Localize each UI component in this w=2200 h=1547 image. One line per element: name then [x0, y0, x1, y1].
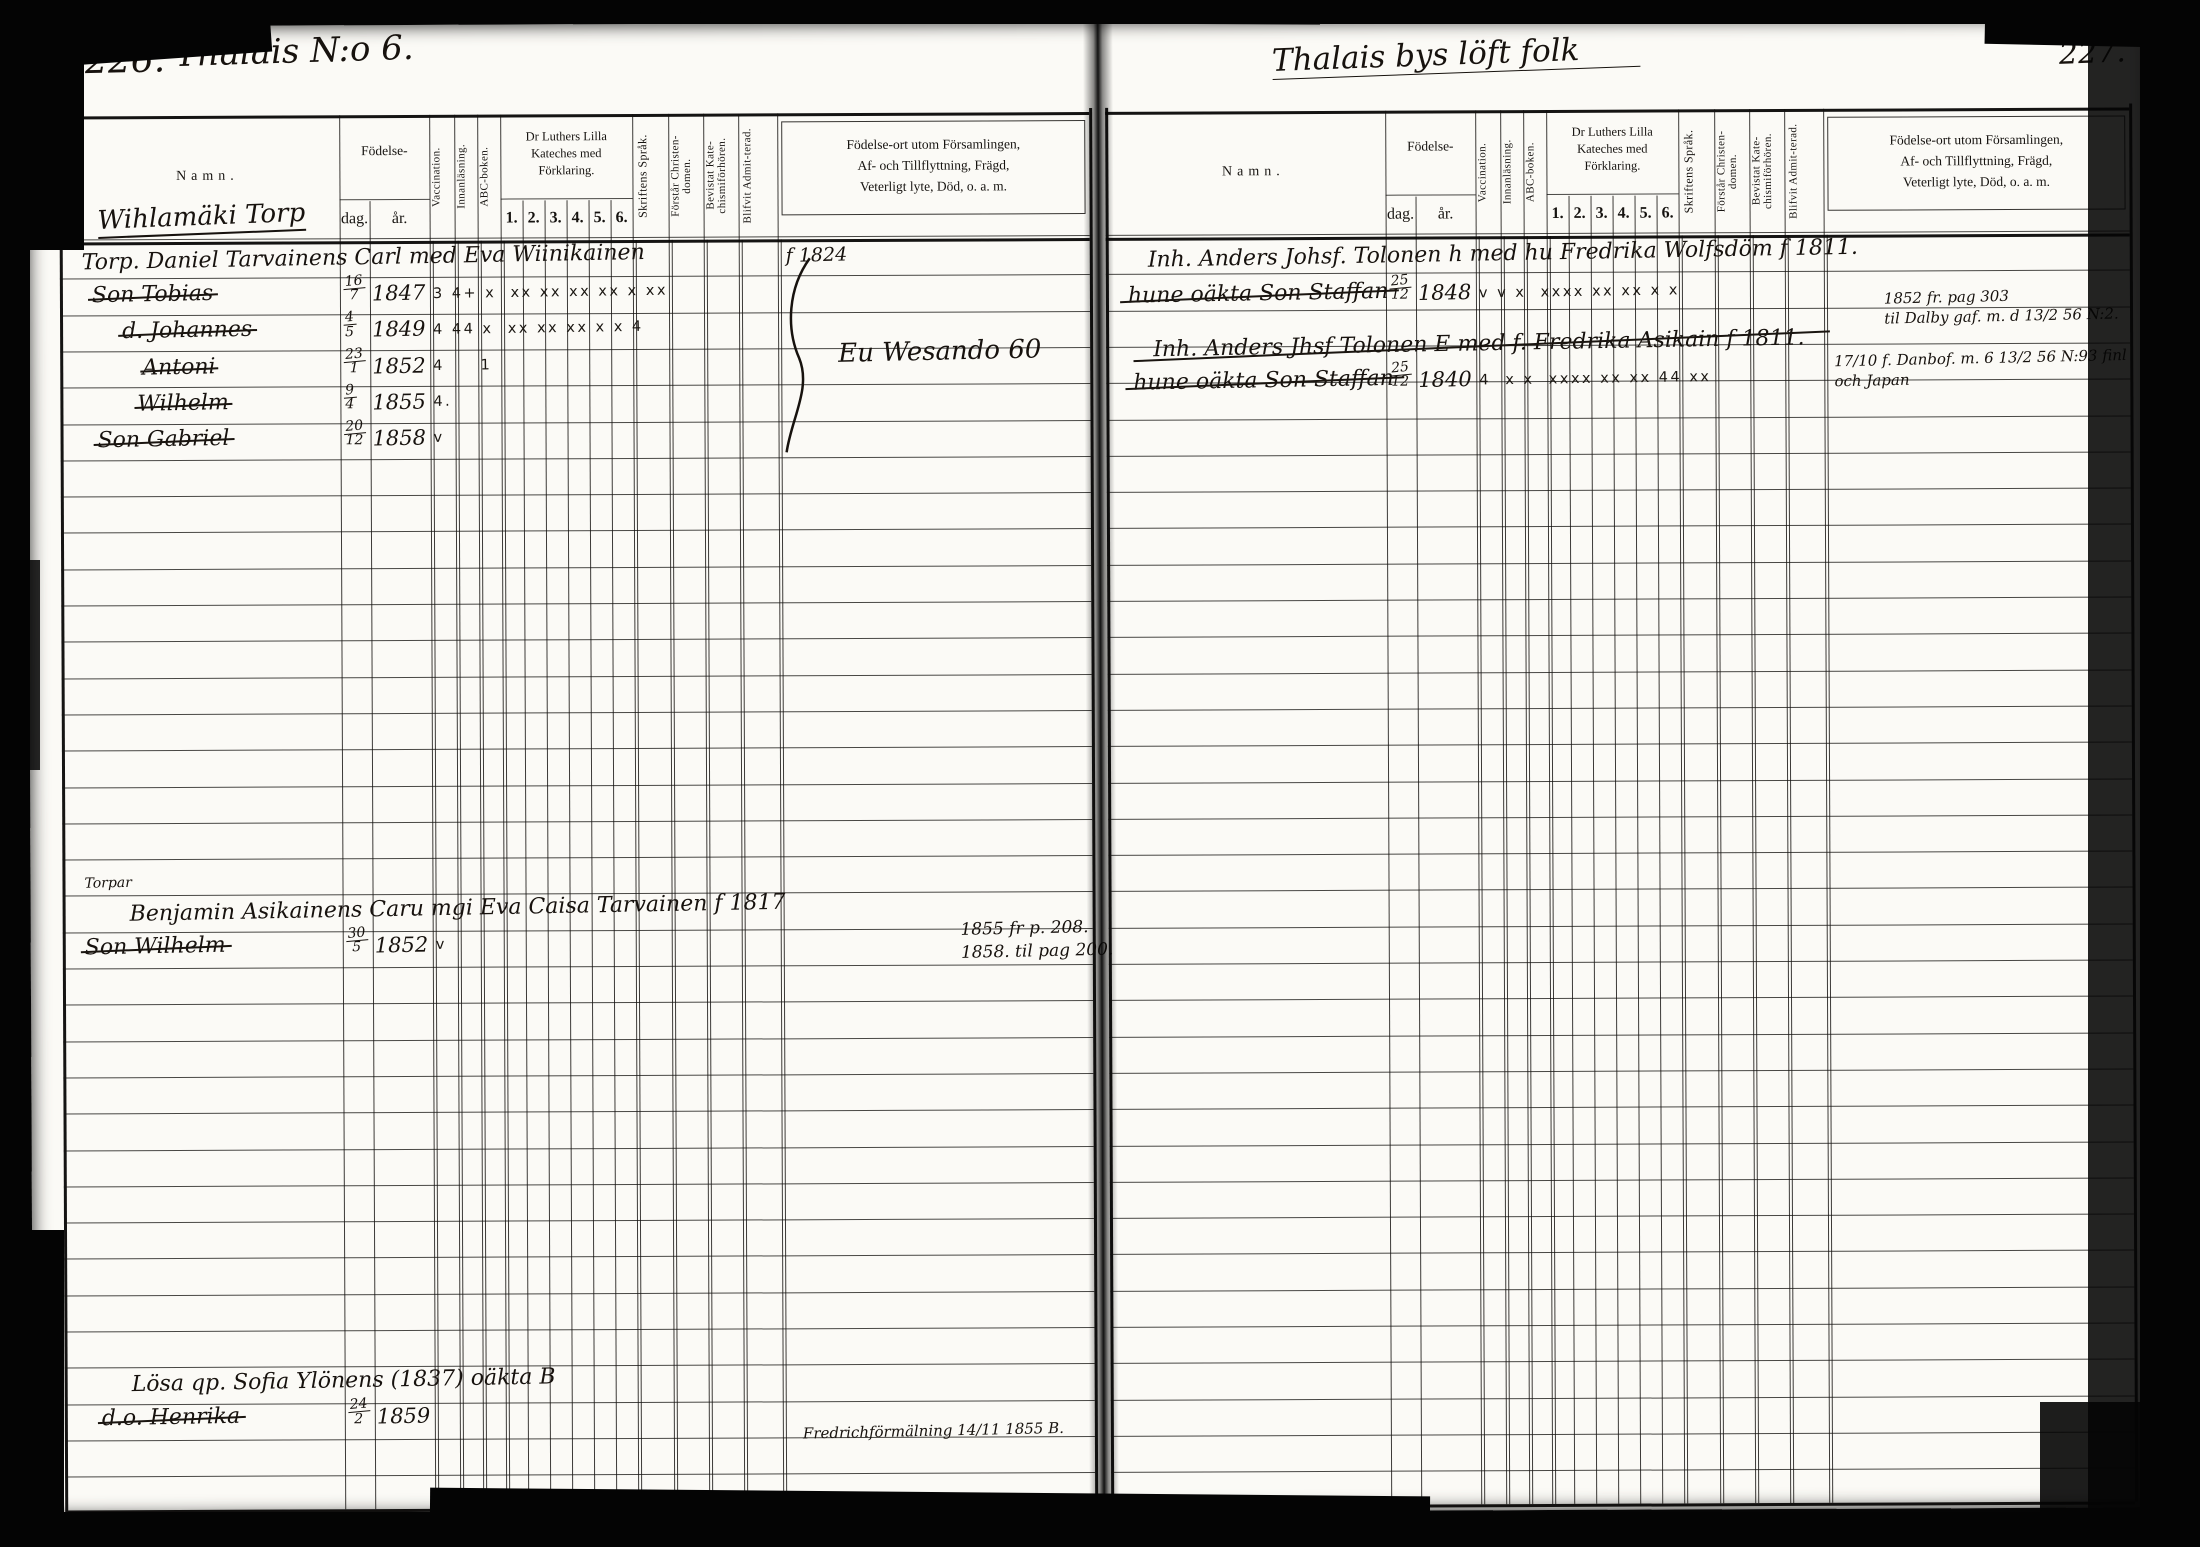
column-header-ar: år. [370, 210, 430, 228]
birth-day-fraction: 94 [343, 384, 356, 412]
grid-hline [1108, 742, 2132, 747]
grid-vline [567, 200, 574, 1508]
grid-hline [1108, 705, 2132, 710]
column-header-fodelseort: Födelse-ort utom Församlingen,Af- och Ti… [783, 134, 1083, 198]
ledger-entry-name: Lösa qp. Sofia Ylönens (1837) oäkta B [131, 1364, 555, 1397]
examination-marks: 4 44 x xx xx xx x x 4 [433, 319, 644, 338]
kateches-col-number: 2. [523, 209, 545, 227]
grid-hline [63, 964, 1093, 969]
birth-year: 1852 [372, 353, 426, 378]
grid-hline [1108, 851, 2132, 856]
examination-marks: v [433, 430, 444, 446]
grid-vline [1657, 196, 1664, 1504]
birth-day-fraction: 305 [346, 927, 368, 955]
examination-marks: 4. [433, 394, 452, 410]
examination-marks: v v x xxxx xx xx x x [1479, 282, 1680, 301]
column-header-dag: dag. [1386, 206, 1416, 224]
grid-hline [62, 710, 1092, 715]
examination-marks: 4 x x xxxx xx xx 44 xx [1479, 369, 1711, 388]
grid-hline [61, 492, 1091, 497]
grid-hline [64, 1109, 1094, 1114]
grid-hline [1110, 1250, 2134, 1255]
grid-hline [1109, 887, 2133, 892]
scan-edge-black-patch [0, 560, 40, 770]
column-header-forstar-christendomen: Förstår Christen-domen. [1716, 115, 1747, 227]
grid-hline [1109, 996, 2133, 1001]
grid-hline [1107, 633, 2131, 638]
grid-hline [1107, 451, 2131, 456]
grid-hline [64, 1254, 1094, 1259]
birth-day-fraction: 45 [343, 311, 356, 339]
examination-marks: 4 1 [433, 357, 492, 374]
grid-hline [1109, 1032, 2133, 1037]
grid-hline [62, 782, 1092, 787]
scan-edge-black-patch [2040, 1402, 2200, 1547]
scan-edge-black-patch [2088, 40, 2152, 1510]
kateches-col-number: 1. [501, 209, 523, 227]
column-header-innanlasning: Innanläsning. [456, 121, 475, 233]
birth-day-fraction: 231 [343, 348, 365, 376]
grid-hline [1107, 596, 2131, 601]
column-header-skriftens-sprak: Skriftens Språk. [1682, 115, 1710, 227]
ledger-entry-name: Antoni [142, 354, 216, 380]
column-header-abc-boken: ABC-boken. [479, 121, 498, 233]
grid-vline [611, 200, 618, 1508]
grid-hline [1107, 524, 2131, 529]
grid-hline [1106, 415, 2130, 420]
column-header-dag: dag. [340, 210, 370, 228]
kateches-col-number: 1. [1547, 205, 1569, 223]
scanned-ledger-page: 226.Thalais N:o 6.Wihlamäki TorpThalais … [0, 0, 2200, 1547]
grid-vline [1613, 196, 1620, 1504]
column-header-fodelse: Födelse- [1385, 138, 1475, 154]
column-header-abc-boken: ABC-boken. [1525, 116, 1544, 228]
ledger-entry-name: Son Gabriel [97, 426, 229, 453]
grid-hline [63, 1037, 1093, 1042]
grid-hline [63, 1000, 1093, 1005]
section-heading: Wihlamäki Torp [97, 198, 306, 239]
grid-hline [1109, 1068, 2133, 1073]
grid-hline [64, 1182, 1094, 1187]
grid-hline [1108, 669, 2132, 674]
column-header-vaccination: Vaccination. [431, 121, 452, 233]
grid-vline [1569, 196, 1576, 1504]
kateches-col-number: 6. [1657, 204, 1679, 222]
column-header-skriftens-sprak: Skriftens Språk. [636, 120, 664, 232]
grid-hline [1107, 488, 2131, 493]
ledger-entry-name: hune oäkta Son Staffan [1133, 366, 1394, 396]
examination-marks: 3 4+ x xx xx xx xx x xx [433, 283, 668, 302]
kateches-col-number: 4. [567, 209, 589, 227]
ledger-entry-name: Wilhelm [137, 390, 229, 417]
column-header-vaccination: Vaccination. [1477, 116, 1498, 228]
birth-year: 1848 [1418, 280, 1472, 305]
column-header-forstar-christendomen: Förstår Christen-domen. [670, 120, 701, 232]
birth-year: 1855 [372, 389, 426, 414]
grid-hline [63, 1073, 1093, 1078]
birth-year: 1840 [1418, 367, 1472, 392]
table-top-border [1105, 107, 2129, 114]
margin-note-block: Eu Wesando 60 [838, 333, 1042, 373]
column-header-bevistat-katechismiforhoren: Bevistat Kate-chismiförhören. [705, 120, 736, 232]
grid-hline [1109, 923, 2133, 928]
birth-day-fraction: 2512 [1389, 274, 1411, 302]
ledger-entry-name: Torpar [84, 875, 132, 892]
grid-hline [62, 819, 1092, 824]
column-header-namn: Namn. [75, 168, 339, 185]
grid-hline [1111, 1431, 2135, 1436]
birth-year: 1859 [377, 1404, 431, 1429]
grid-hline [340, 199, 430, 200]
grid-vline [1385, 111, 1392, 1505]
grid-hline [62, 746, 1092, 751]
column-header-blifvit-admitterad: Blifvit Admit-terad. [742, 119, 773, 231]
grid-hline [64, 1218, 1094, 1223]
ledger-entry-name: Torp. Daniel Tarvainens Carl med Eva Wii… [82, 240, 645, 275]
birth-day-fraction: 2012 [343, 420, 365, 448]
grid-hline [62, 855, 1092, 860]
page-binding-shadow [1083, 22, 1120, 1512]
column-header-fodelseort: Födelse-ort utom Församlingen,Af- och Ti… [1829, 129, 2123, 193]
grid-hline [1109, 959, 2133, 964]
margin-note-block: 1852 fr. pag 303til Dalby gaf. m. d 13/2… [1884, 283, 2119, 329]
kateches-col-number: 5. [589, 209, 611, 227]
grid-hline [65, 1363, 1095, 1368]
birth-year: 1847 [372, 280, 426, 305]
grid-hline [1110, 1322, 2134, 1327]
grid-hline [1108, 778, 2132, 783]
column-header-kateches: Dr Luthers LillaKateches medFörklaring. [1546, 123, 1678, 174]
grid-vline [1591, 196, 1598, 1504]
grid-hline [61, 456, 1091, 461]
grid-hline [1111, 1395, 2135, 1400]
kateches-col-number: 4. [1613, 205, 1635, 223]
ledger-entry-name: Son Wilhelm [85, 932, 226, 960]
kateches-col-number: 3. [1591, 205, 1613, 223]
ledger-entry-name: d. Johannes [122, 317, 253, 344]
table-top-border [59, 112, 1089, 119]
grid-hline [61, 565, 1091, 570]
kateches-col-number: 5. [1635, 205, 1657, 223]
kateches-col-number: 6. [611, 209, 633, 227]
column-header-innanlasning: Innanläsning. [1502, 116, 1521, 228]
column-header-namn: Namn. [1121, 164, 1385, 181]
grid-hline [64, 1291, 1094, 1296]
grid-hline [1110, 1177, 2134, 1182]
kateches-col-number: 3. [545, 209, 567, 227]
kateches-col-number: 2. [1569, 205, 1591, 223]
grid-hline [61, 528, 1091, 533]
grid-hline [60, 419, 1090, 424]
margin-note-block: Fredrichförmälning 14/11 1855 B. [803, 1417, 1064, 1443]
ledger-entry-name: Son Tobias [92, 281, 214, 308]
paper-sheet: 226.Thalais N:o 6.Wihlamäki TorpThalais … [27, 17, 2155, 1516]
column-header-bevistat-katechismiforhoren: Bevistat Kate-chismiförhören. [1751, 115, 1782, 227]
birth-year: 1858 [372, 426, 426, 451]
grid-vline [545, 200, 552, 1508]
grid-vline [589, 200, 596, 1508]
birth-year: 1849 [372, 317, 426, 342]
scan-edge-black-patch [0, 1230, 64, 1547]
grid-hline [65, 1472, 1095, 1477]
grid-hline [1110, 1214, 2134, 1219]
birth-year: 1852 [375, 932, 429, 957]
grid-hline [1109, 1105, 2133, 1110]
grid-hline [62, 674, 1092, 679]
column-header-blifvit-admitterad: Blifvit Admit-terad. [1788, 115, 1819, 227]
grid-hline [1107, 560, 2131, 565]
ledger-entry-name: d.o. Henrika [102, 1404, 241, 1432]
grid-hline [1108, 814, 2132, 819]
birth-day-fraction: 167 [343, 275, 365, 303]
grid-vline [523, 200, 530, 1508]
margin-note-block: 17/10 f. Danbof. m. 6 13/2 56 N:93 finlo… [1834, 345, 2128, 392]
grid-hline [1110, 1286, 2134, 1291]
column-header-ar: år. [1416, 205, 1476, 223]
grid-hline [1386, 194, 1476, 195]
grid-hline [1111, 1359, 2135, 1364]
grid-hline [61, 601, 1091, 606]
grid-vline [1416, 197, 1423, 1505]
ledger-entry-name: hune oäkta Son Staffan [1128, 278, 1389, 308]
birth-day-fraction: 2512 [1389, 361, 1411, 389]
grid-hline [64, 1327, 1094, 1332]
grid-hline [1110, 1141, 2134, 1146]
grid-hline [60, 311, 1090, 316]
grid-hline [64, 1145, 1094, 1150]
grid-hline [1111, 1468, 2135, 1473]
column-header-fodelse: Födelse- [339, 143, 429, 159]
birth-day-fraction: 242 [348, 1399, 370, 1427]
grid-hline [60, 274, 1090, 279]
grid-hline [60, 383, 1090, 388]
column-header-kateches: Dr Luthers LillaKateches medFörklaring. [500, 128, 632, 179]
grid-hline [61, 637, 1091, 642]
page-title-right: Thalais bys löft folk [1271, 30, 1640, 80]
examination-marks: v [436, 936, 447, 952]
grid-vline [1635, 196, 1642, 1504]
pen-brace-flourish [784, 256, 815, 456]
